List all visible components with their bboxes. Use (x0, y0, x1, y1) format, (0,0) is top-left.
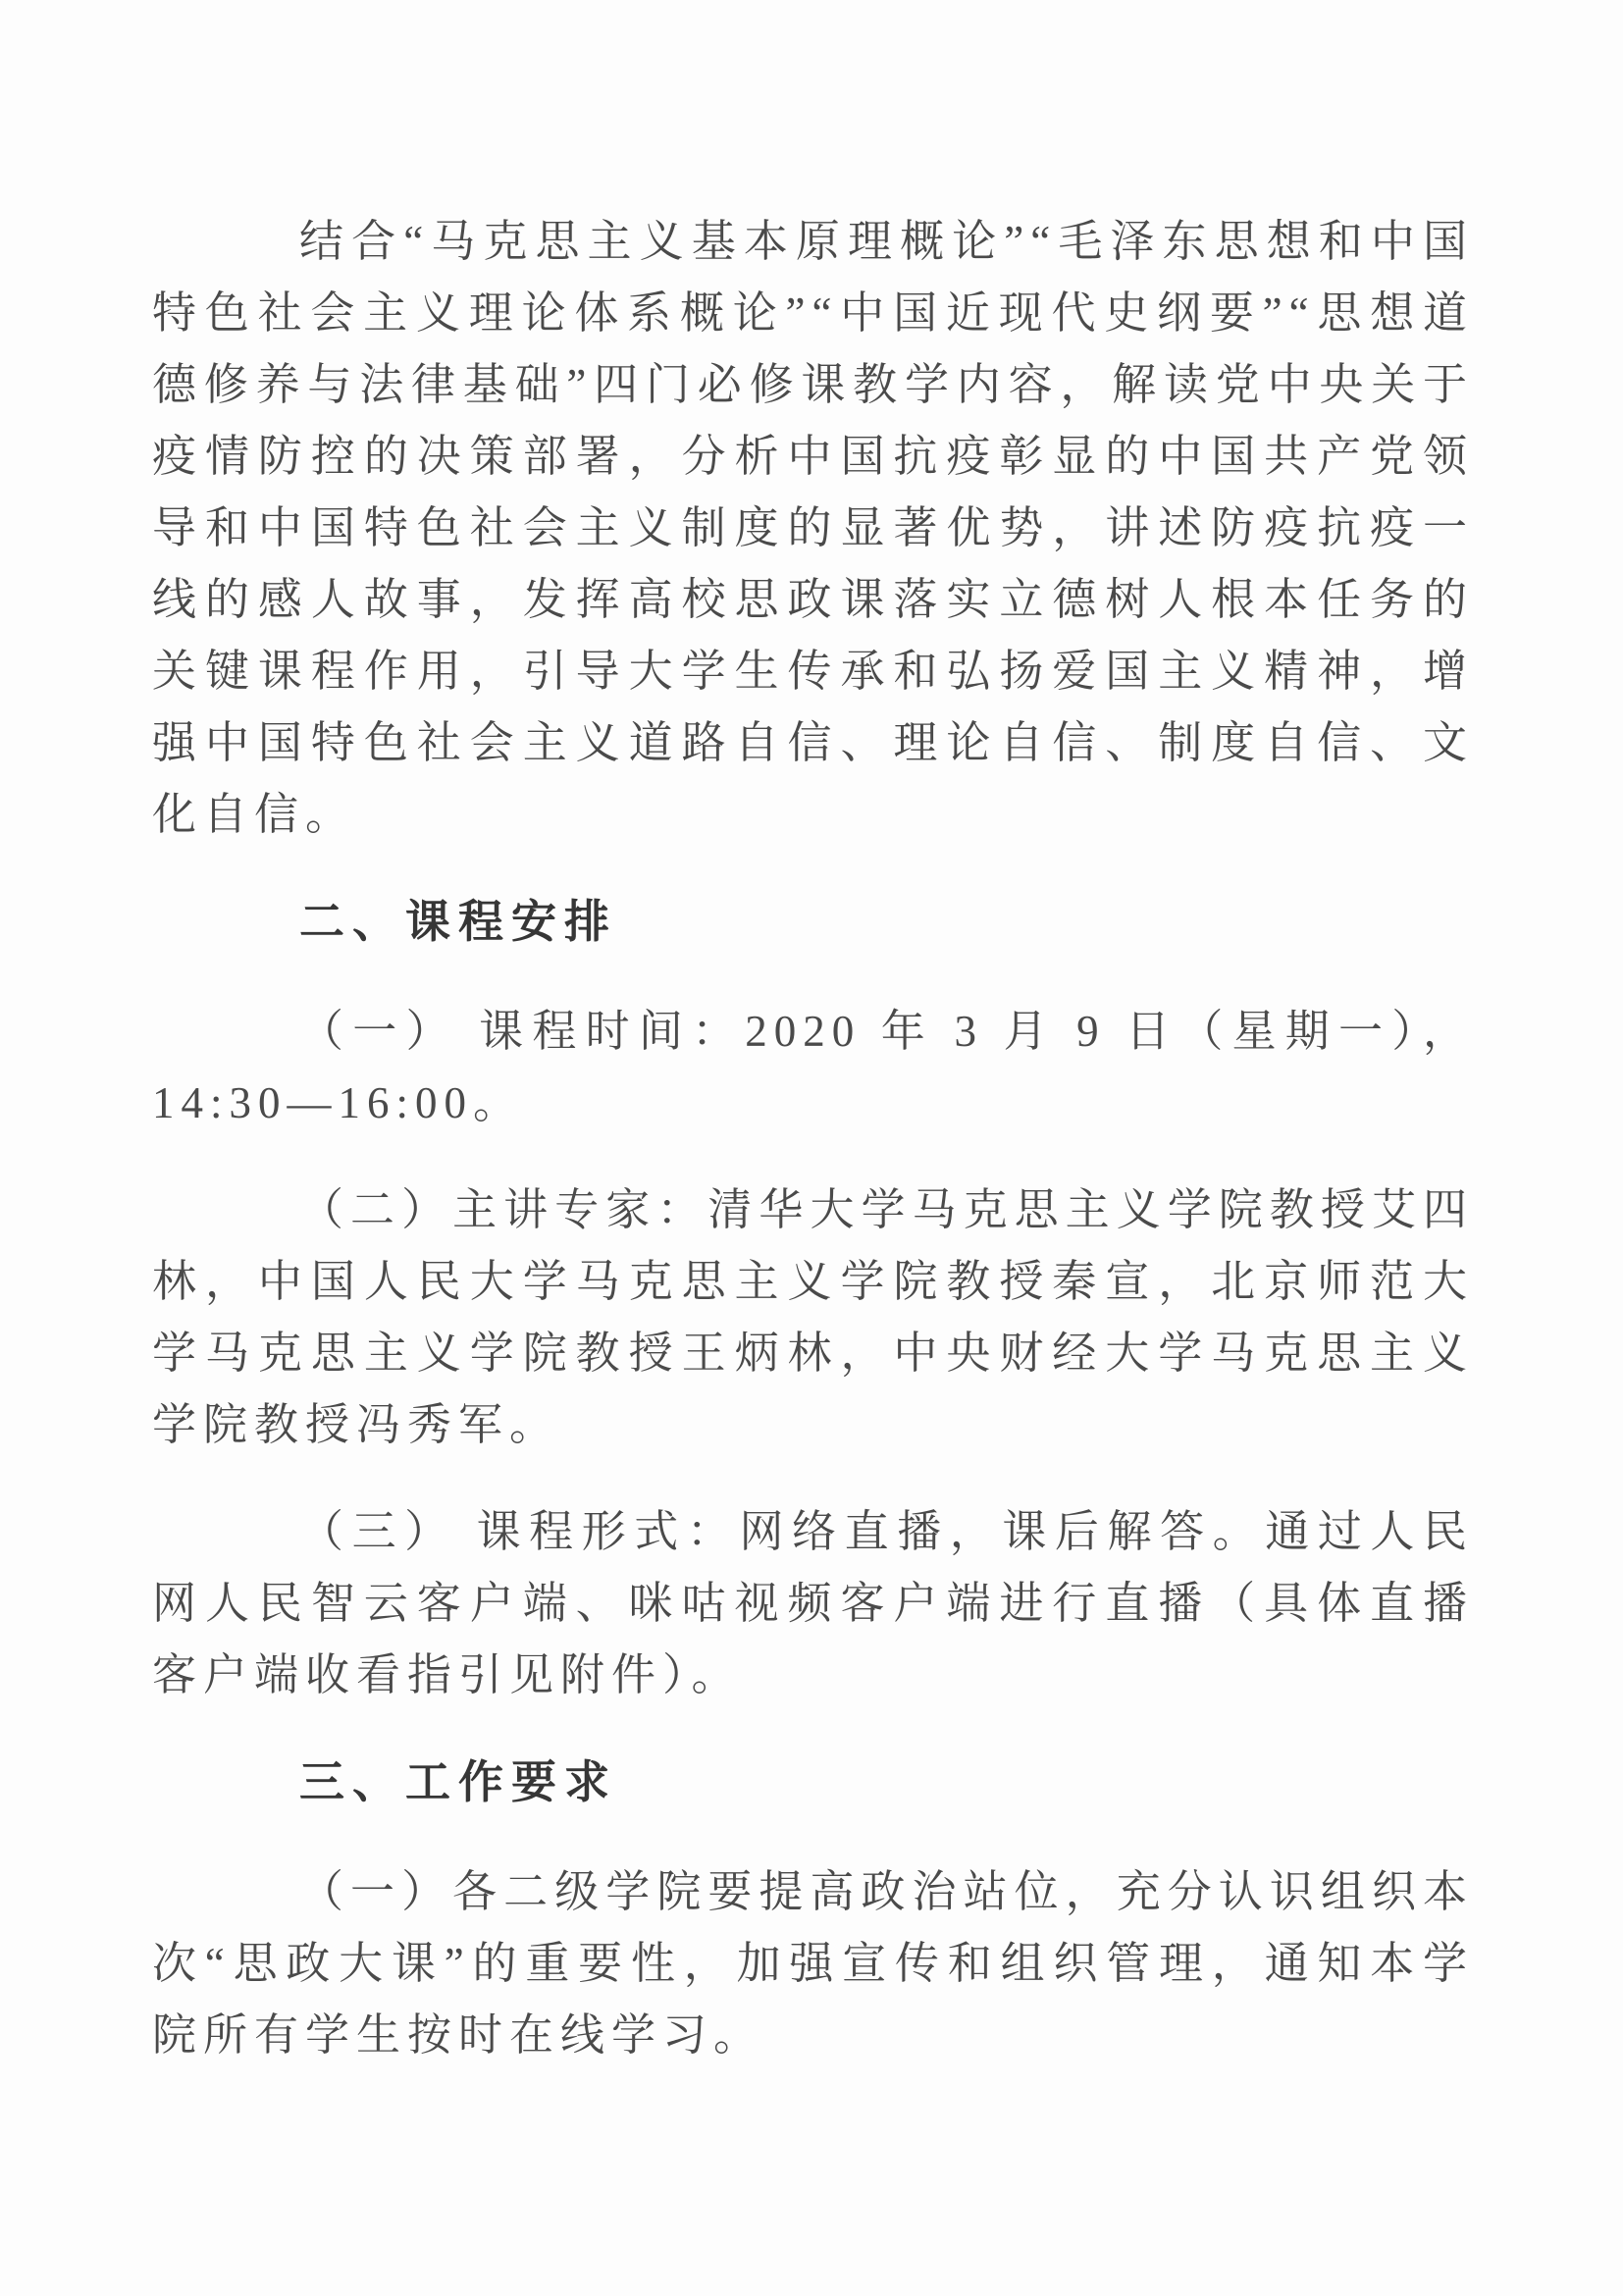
section-3-heading: 三、工作要求 (152, 1747, 1474, 1818)
work-requirement-item: （一）各二级学院要提高政治站位，充分认识组织本次“思政大课”的重要性，加强宣传和… (152, 1856, 1474, 2071)
lecturers-item: （二）主讲专家：清华大学马克思主义学院教授艾四林，中国人民大学马克思主义学院教授… (152, 1174, 1474, 1461)
section-2-heading: 二、课程安排 (152, 886, 1474, 958)
course-format-item: （三） 课程形式：网络直播，课后解答。通过人民网人民智云客户端、咪咕视频客户端进… (152, 1496, 1474, 1711)
course-time-item: （一） 课程时间：2020 年 3 月 9 日（星期一），14:30—16:00… (152, 996, 1474, 1139)
intro-paragraph: 结合“马克思主义基本原理概论”“毛泽东思想和中国特色社会主义理论体系概论”“中国… (152, 206, 1474, 851)
document-page: 结合“马克思主义基本原理概论”“毛泽东思想和中国特色社会主义理论体系概论”“中国… (0, 0, 1623, 2296)
